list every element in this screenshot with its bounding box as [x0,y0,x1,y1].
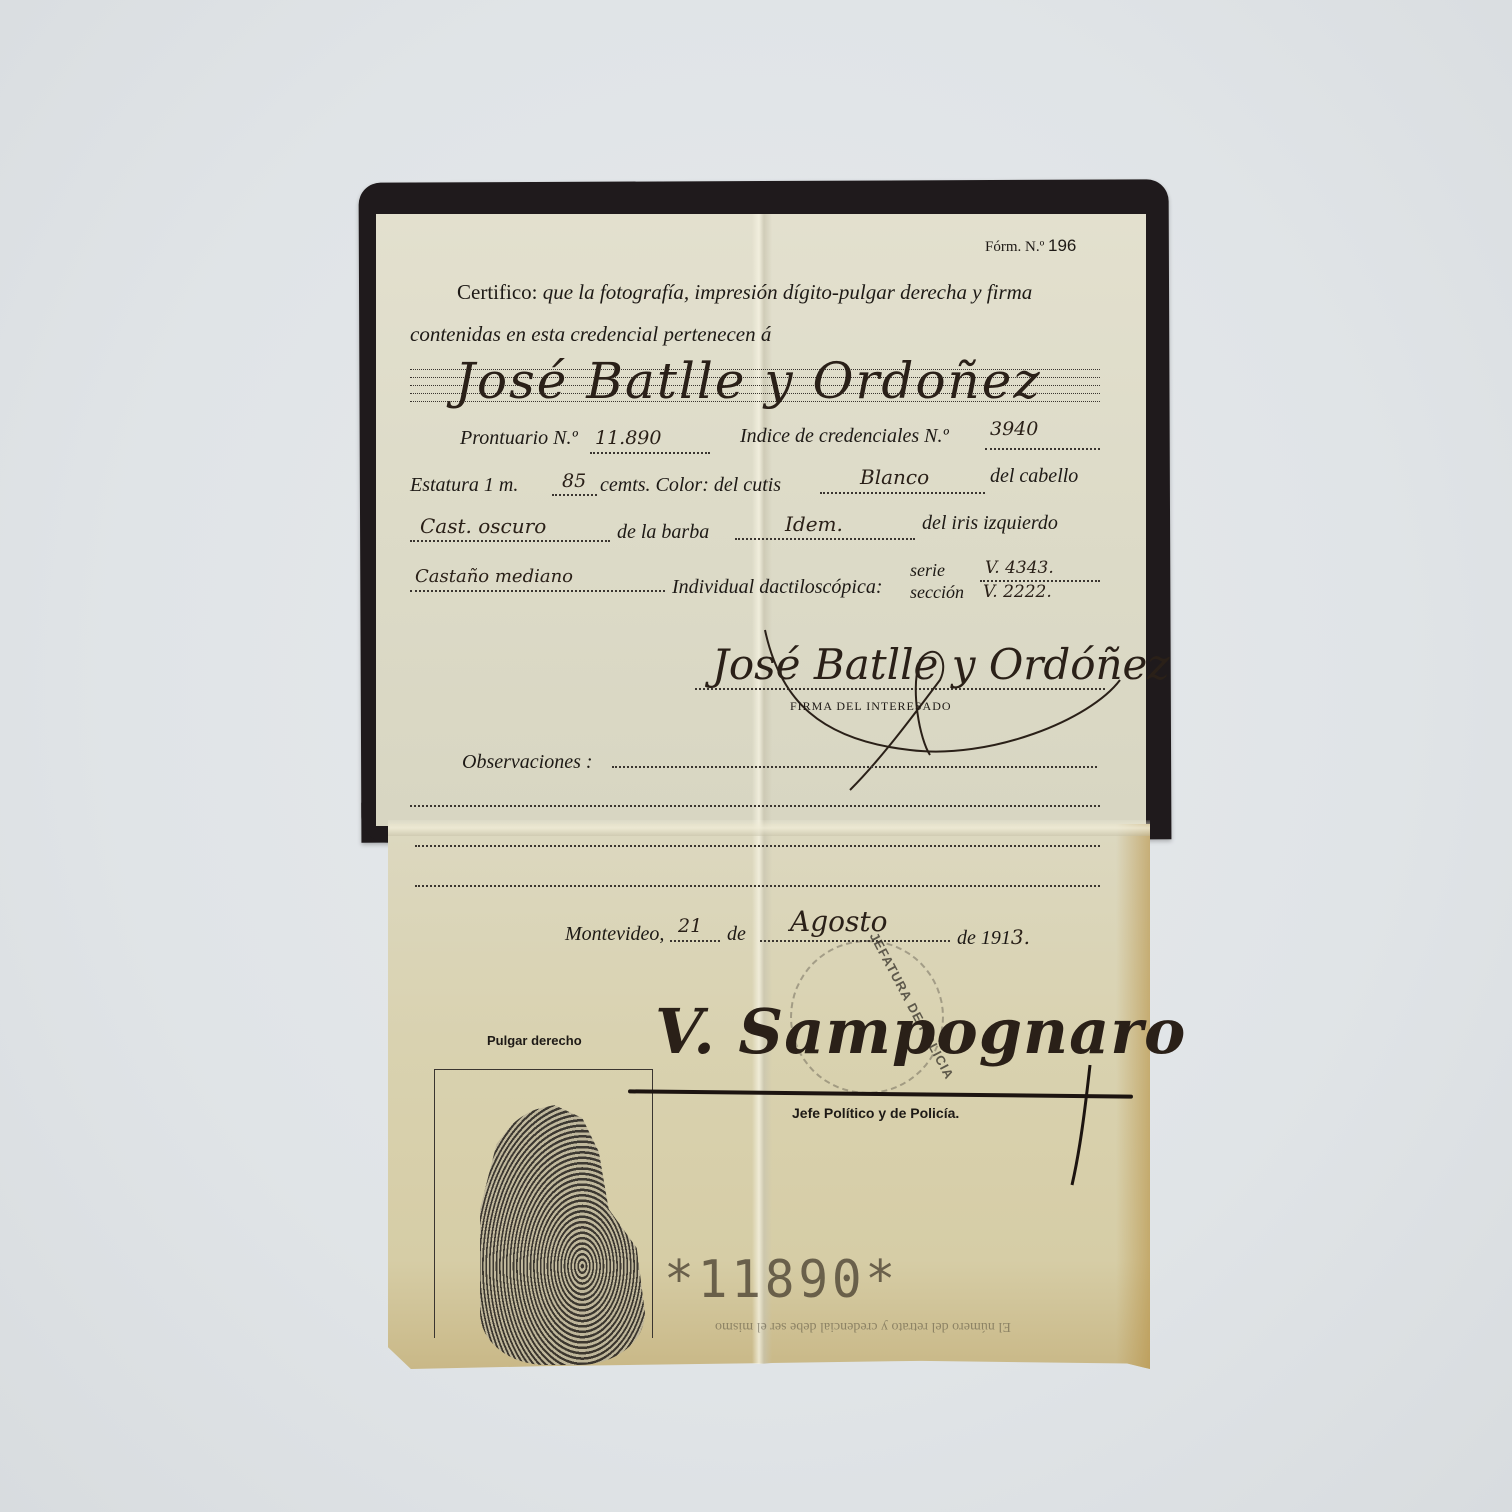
horizontal-fold-crease [388,820,1150,836]
indice-value: 3940 [990,418,1038,440]
cutis-value: Blanco [860,465,929,489]
holder-name: José Batlle y Ordoñez [455,352,1042,410]
observaciones-label: Observaciones : [462,751,593,774]
estatura-value: 85 [562,470,586,492]
certification-line-2: contenidas en esta credencial pertenecen… [410,322,771,347]
date-day: 21 [678,915,702,937]
date-de-1: de [727,923,746,946]
seccion-value: V. 2222. [983,582,1052,602]
barba-label: de la barba [617,521,709,544]
perforated-number: *11890* [664,1250,899,1310]
form-number: Fórm. N.º 196 [985,236,1076,256]
dactiloscopica-label: Individual dactiloscópica: [672,576,883,599]
cabello-label: del cabello [990,465,1078,488]
official-caption: Jefe Político y de Policía. [792,1105,959,1121]
indice-label: Indice de credenciales N.º [740,425,949,448]
date-month: Agosto [790,905,887,938]
seccion-label: sección [910,582,964,603]
iris-value: Castaño mediano [415,566,573,587]
cabello-value: Cast. oscuro [420,514,546,538]
holder-signature-caption: FIRMA DEL INTERESADO [790,699,952,714]
iris-label: del iris izquierdo [922,512,1058,535]
estatura-label: Estatura 1 m. [410,474,518,497]
mirrored-bleed-through-text: El número del retrato y credencial debe … [715,1318,1011,1334]
prontuario-value: 11.890 [595,427,661,449]
thumb-label: Pulgar derecho [487,1033,582,1048]
certification-line-1: Certifico: que la fotografía, impresión … [457,280,1032,305]
cutis-label: cemts. Color: del cutis [600,474,781,497]
serie-value: V. 4343. [985,558,1054,578]
official-signature: V. Sampognaro [655,995,1186,1068]
prontuario-label: Prontuario N.º [460,427,578,450]
barba-value: Idem. [785,512,843,536]
serie-label: serie [910,560,945,581]
signature-tail [1060,1060,1100,1190]
date-de-2: de 1913. [957,925,1030,950]
date-city: Montevideo, [565,923,664,946]
